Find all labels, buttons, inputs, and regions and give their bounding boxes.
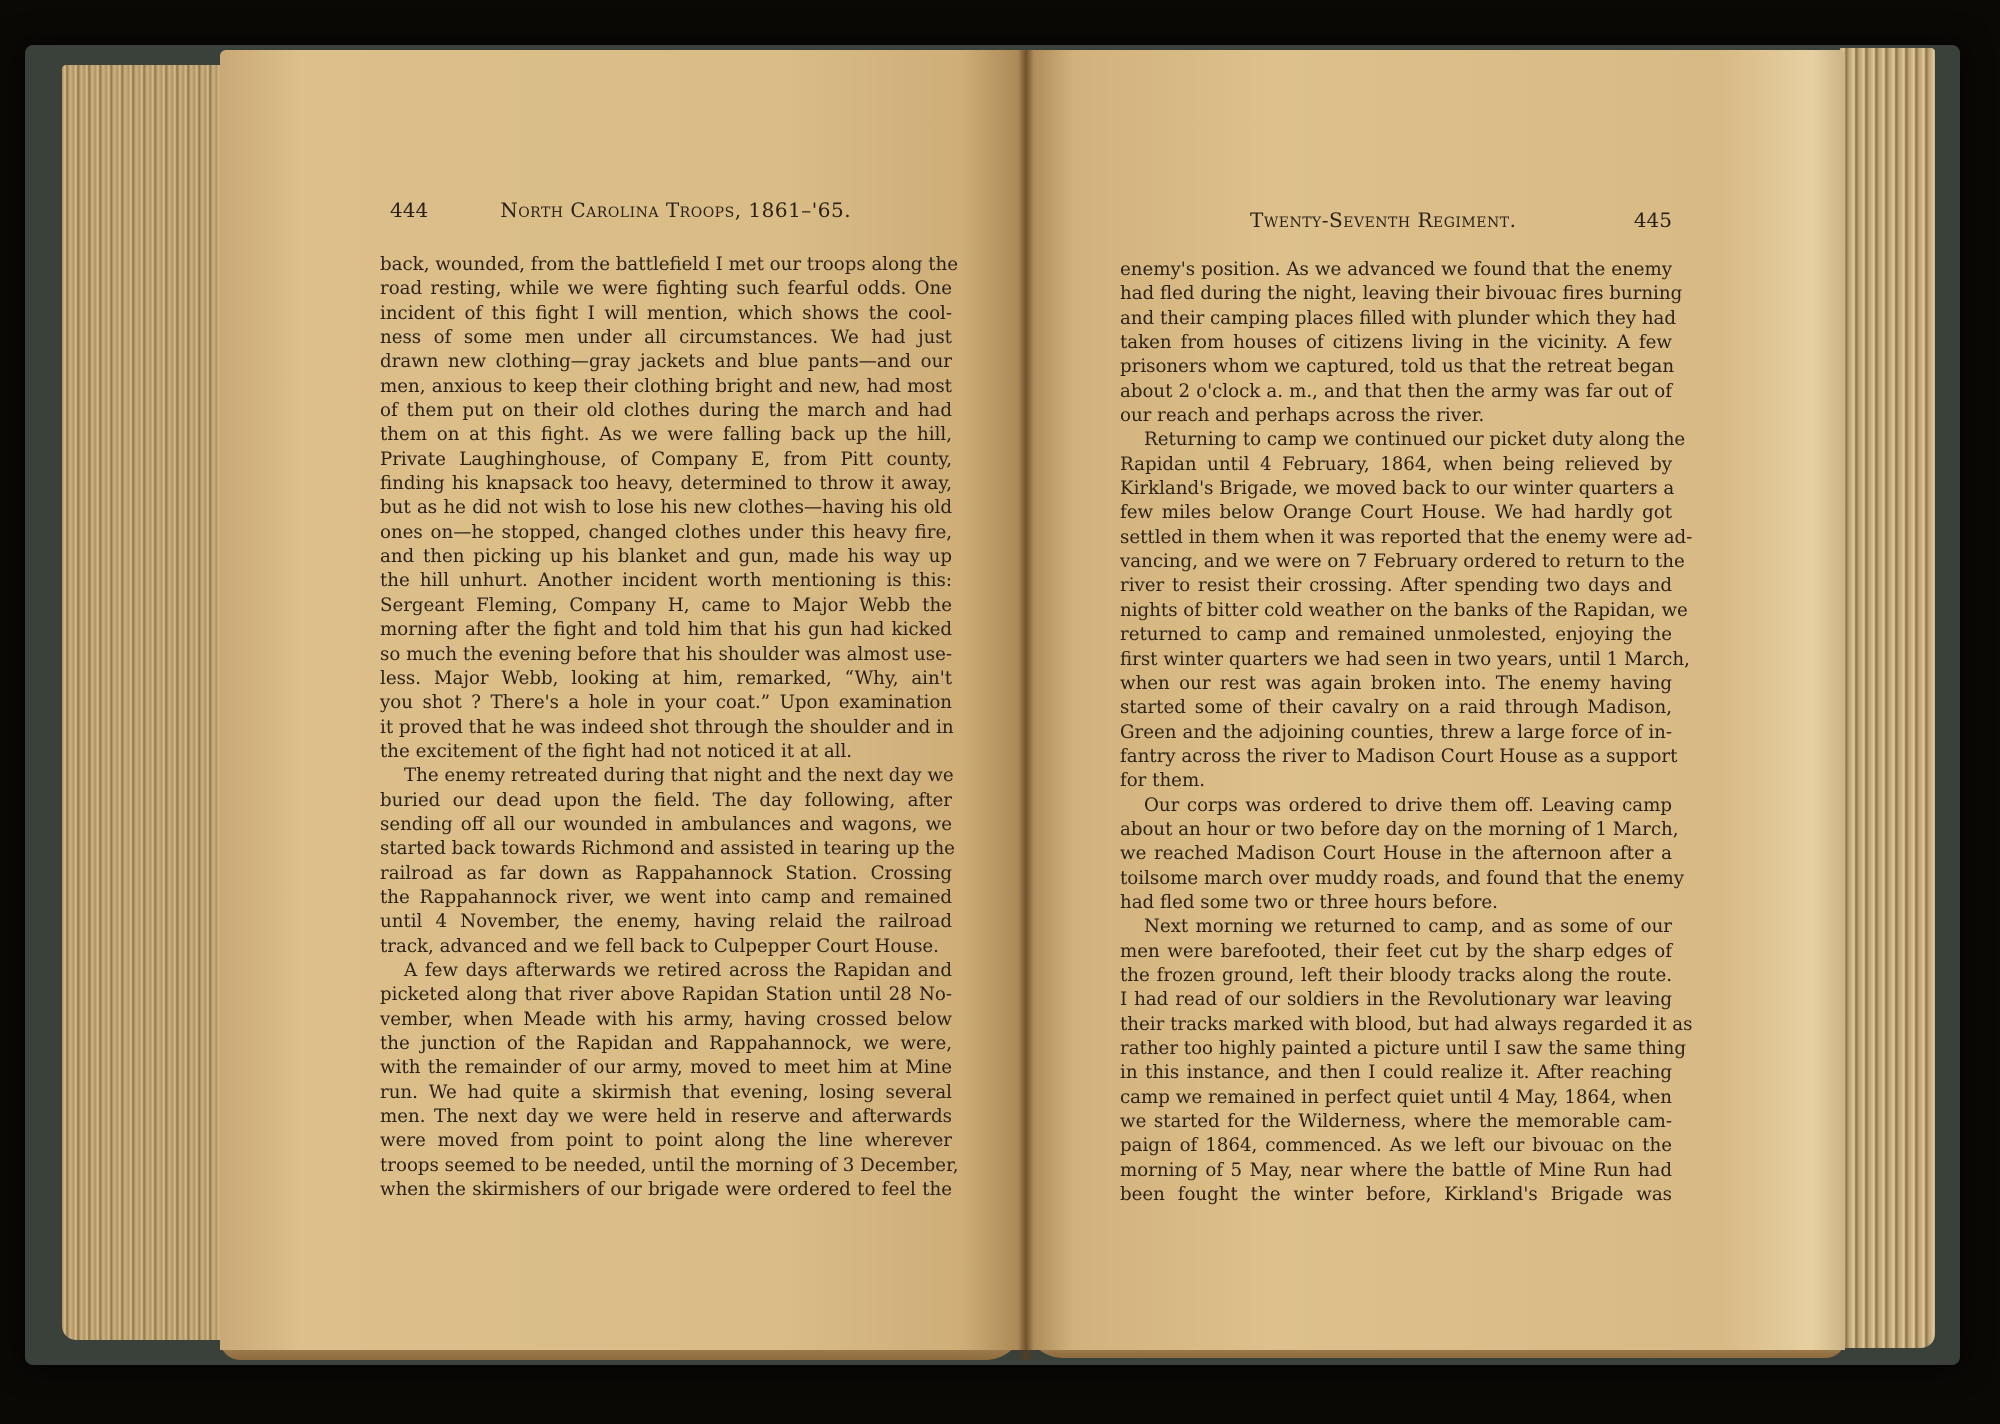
- text-line: about 2 o'clock a. m., and that then the…: [1120, 380, 1672, 404]
- page-edges-right: [1840, 48, 1935, 1348]
- page-number: 445: [1634, 208, 1672, 232]
- text-line: until 4 November, the enemy, having rela…: [380, 910, 952, 934]
- running-title: Twenty-Seventh Regiment.: [1250, 208, 1516, 232]
- text-line: been fought the winter before, Kirkland'…: [1120, 1183, 1672, 1207]
- text-line: but as he did not wish to lose his new c…: [380, 496, 952, 520]
- text-line: Kirkland's Brigade, we moved back to our…: [1120, 477, 1672, 501]
- text-line: I had read of our soldiers in the Revolu…: [1120, 988, 1672, 1012]
- text-line: vancing, and we were on 7 February order…: [1120, 550, 1672, 574]
- text-line: toilsome march over muddy roads, and fou…: [1120, 867, 1672, 891]
- left-page-body: back, wounded, from the battlefield I me…: [380, 253, 952, 1202]
- text-line: when our rest was again broken into. The…: [1120, 672, 1672, 696]
- text-line: of them put on their old clothes during …: [380, 399, 952, 423]
- text-line: returned to camp and remained unmolested…: [1120, 623, 1672, 647]
- text-line: fantry across the river to Madison Court…: [1120, 745, 1672, 769]
- book-gutter: [1018, 50, 1034, 1360]
- text-line: the Rappahannock river, we went into cam…: [380, 886, 952, 910]
- text-line: morning of 5 May, near where the battle …: [1120, 1159, 1672, 1183]
- text-line: The enemy retreated during that night an…: [380, 764, 952, 788]
- running-title: North Carolina Troops, 1861–'65.: [500, 198, 851, 222]
- text-line: first winter quarters we had seen in two…: [1120, 648, 1672, 672]
- text-line: Rapidan until 4 February, 1864, when bei…: [1120, 453, 1672, 477]
- text-line: in this instance, and then I could reali…: [1120, 1061, 1672, 1085]
- page-edges-left: [62, 65, 237, 1340]
- text-line: men were barefooted, their feet cut by t…: [1120, 940, 1672, 964]
- text-line: picketed along that river above Rapidan …: [380, 983, 952, 1007]
- text-line: you shot ? There's a hole in your coat.”…: [380, 691, 952, 715]
- text-line: Green and the adjoining counties, threw …: [1120, 721, 1672, 745]
- text-line: run. We had quite a skirmish that evenin…: [380, 1081, 952, 1105]
- text-line: the frozen ground, left their bloody tra…: [1120, 964, 1672, 988]
- page-number: 444: [390, 198, 428, 222]
- text-line: rather too highly painted a picture unti…: [1120, 1037, 1672, 1061]
- text-line: had fled during the night, leaving their…: [1120, 282, 1672, 306]
- text-line: started back towards Richmond and assist…: [380, 837, 952, 861]
- text-line: men, anxious to keep their clothing brig…: [380, 375, 952, 399]
- text-line: men. The next day we were held in reserv…: [380, 1105, 952, 1129]
- text-line: prisoners whom we captured, told us that…: [1120, 355, 1672, 379]
- text-line: were moved from point to point along the…: [380, 1129, 952, 1153]
- text-line: river to resist their crossing. After sp…: [1120, 574, 1672, 598]
- text-line: for them.: [1120, 769, 1672, 793]
- text-line: track, advanced and we fell back to Culp…: [380, 935, 952, 959]
- right-page-body: enemy's position. As we advanced we foun…: [1120, 258, 1672, 1207]
- text-line: when the skirmishers of our brigade were…: [380, 1178, 952, 1202]
- text-line: settled in them when it was reported tha…: [1120, 526, 1672, 550]
- text-line: drawn new clothing—gray jackets and blue…: [380, 350, 952, 374]
- text-line: them on at this fight. As we were fallin…: [380, 423, 952, 447]
- text-line: and then picking up his blanket and gun,…: [380, 545, 952, 569]
- right-page-header: Twenty-Seventh Regiment. 445: [1250, 208, 1672, 232]
- text-line: Next morning we returned to camp, and as…: [1120, 915, 1672, 939]
- text-line: enemy's position. As we advanced we foun…: [1120, 258, 1672, 282]
- text-line: our reach and perhaps across the river.: [1120, 404, 1672, 428]
- text-line: the excitement of the fight had not noti…: [380, 740, 952, 764]
- text-line: and their camping places filled with plu…: [1120, 307, 1672, 331]
- text-line: camp we remained in perfect quiet until …: [1120, 1086, 1672, 1110]
- text-line: ones on—he stopped, changed clothes unde…: [380, 521, 952, 545]
- text-line: nights of bitter cold weather on the ban…: [1120, 599, 1672, 623]
- text-line: railroad as far down as Rappahannock Sta…: [380, 862, 952, 886]
- text-line: the junction of the Rapidan and Rappahan…: [380, 1032, 952, 1056]
- text-line: Private Laughinghouse, of Company E, fro…: [380, 448, 952, 472]
- text-line: road resting, while we were fighting suc…: [380, 277, 952, 301]
- text-line: so much the evening before that his shou…: [380, 643, 952, 667]
- text-line: few miles below Orange Court House. We h…: [1120, 501, 1672, 525]
- text-line: incident of this fight I will mention, w…: [380, 302, 952, 326]
- text-line: vember, when Meade with his army, having…: [380, 1008, 952, 1032]
- text-line: we started for the Wilderness, where the…: [1120, 1110, 1672, 1134]
- text-line: paign of 1864, commenced. As we left our…: [1120, 1134, 1672, 1158]
- text-line: we reached Madison Court House in the af…: [1120, 842, 1672, 866]
- text-line: Returning to camp we continued our picke…: [1120, 428, 1672, 452]
- text-line: morning after the fight and told him tha…: [380, 618, 952, 642]
- text-line: the hill unhurt. Another incident worth …: [380, 569, 952, 593]
- text-line: A few days afterwards we retired across …: [380, 959, 952, 983]
- text-line: had fled some two or three hours before.: [1120, 891, 1672, 915]
- text-line: taken from houses of citizens living in …: [1120, 331, 1672, 355]
- text-line: Our corps was ordered to drive them off.…: [1120, 794, 1672, 818]
- text-line: less. Major Webb, looking at him, remark…: [380, 667, 952, 691]
- text-line: troops seemed to be needed, until the mo…: [380, 1154, 952, 1178]
- text-line: finding his knapsack too heavy, determin…: [380, 472, 952, 496]
- text-line: it proved that he was indeed shot throug…: [380, 716, 952, 740]
- text-line: ness of some men under all circumstances…: [380, 326, 952, 350]
- text-line: about an hour or two before day on the m…: [1120, 818, 1672, 842]
- text-line: sending off all our wounded in ambulance…: [380, 813, 952, 837]
- text-line: back, wounded, from the battlefield I me…: [380, 253, 952, 277]
- left-page-header: 444 North Carolina Troops, 1861–'65.: [390, 198, 950, 222]
- text-line: started some of their cavalry on a raid …: [1120, 696, 1672, 720]
- text-line: with the remainder of our army, moved to…: [380, 1056, 952, 1080]
- text-line: their tracks marked with blood, but had …: [1120, 1013, 1672, 1037]
- text-line: Sergeant Fleming, Company H, came to Maj…: [380, 594, 952, 618]
- text-line: buried our dead upon the field. The day …: [380, 789, 952, 813]
